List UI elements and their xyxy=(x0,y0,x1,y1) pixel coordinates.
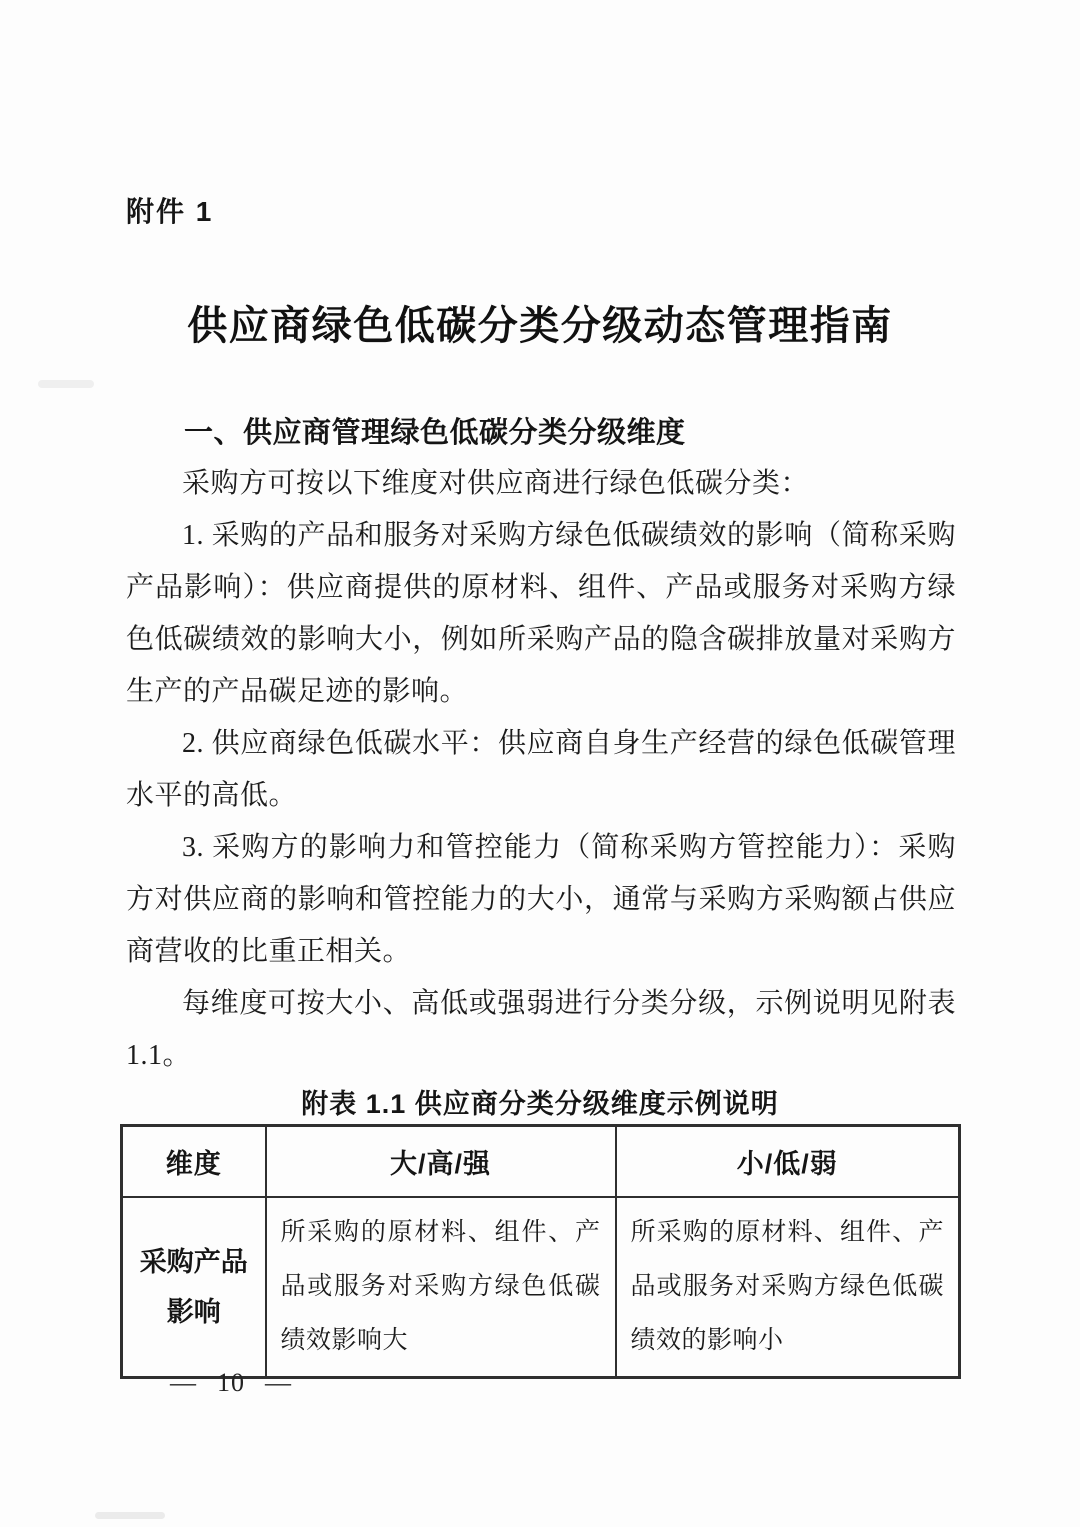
dimension-line: 采购产品 xyxy=(124,1237,264,1287)
header-cell-high: 大/高/强 xyxy=(266,1126,616,1198)
page-footer: —10— xyxy=(170,1368,292,1398)
attachment-label: 附件 1 xyxy=(126,190,213,230)
table-row: 采购产品 影响 所采购的原材料、组件、产品或服务对采购方绿色低碳绩效影响大 所采… xyxy=(122,1197,960,1378)
document-page: 附件 1 供应商绿色低碳分类分级动态管理指南 一、供应商管理绿色低碳分类分级维度… xyxy=(0,0,1080,1527)
scan-artifact xyxy=(38,380,94,388)
body-paragraph: 每维度可按大小、高低或强弱进行分类分级，示例说明见附表1.1。 xyxy=(126,978,956,1082)
cell-dimension: 采购产品 影响 xyxy=(122,1197,266,1378)
cell-high-description: 所采购的原材料、组件、产品或服务对采购方绿色低碳绩效影响大 xyxy=(266,1197,616,1378)
footer-dash-right: — xyxy=(265,1368,292,1397)
page-number: 10 xyxy=(217,1368,245,1398)
cell-low-description: 所采购的原材料、组件、产品或服务对采购方绿色低碳绩效的影响小 xyxy=(616,1197,960,1378)
footer-dash-left: — xyxy=(170,1368,197,1397)
dimension-table: 维度 大/高/强 小/低/弱 采购产品 影响 所采购的原材料、组件、产品或服务对… xyxy=(120,1124,961,1379)
body-paragraph: 3. 采购方的影响力和管控能力（简称采购方管控能力）：采购方对供应商的影响和管控… xyxy=(126,822,956,978)
scan-artifact xyxy=(95,1512,165,1519)
document-title: 供应商绿色低碳分类分级动态管理指南 xyxy=(0,294,1080,351)
table-header-row: 维度 大/高/强 小/低/弱 xyxy=(122,1126,960,1198)
table-caption: 附表 1.1 供应商分类分级维度示例说明 xyxy=(0,1082,1080,1121)
header-cell-dimension: 维度 xyxy=(122,1126,266,1198)
header-cell-low: 小/低/弱 xyxy=(616,1126,960,1198)
body-paragraph: 采购方可按以下维度对供应商进行绿色低碳分类： xyxy=(126,458,956,510)
section-heading: 一、供应商管理绿色低碳分类分级维度 xyxy=(126,410,960,451)
body-text-block: 采购方可按以下维度对供应商进行绿色低碳分类： 1. 采购的产品和服务对采购方绿色… xyxy=(126,458,956,1082)
body-paragraph: 1. 采购的产品和服务对采购方绿色低碳绩效的影响（简称采购产品影响）：供应商提供… xyxy=(126,510,956,718)
body-paragraph: 2. 供应商绿色低碳水平：供应商自身生产经营的绿色低碳管理水平的高低。 xyxy=(126,718,956,822)
dimension-line: 影响 xyxy=(124,1287,264,1337)
